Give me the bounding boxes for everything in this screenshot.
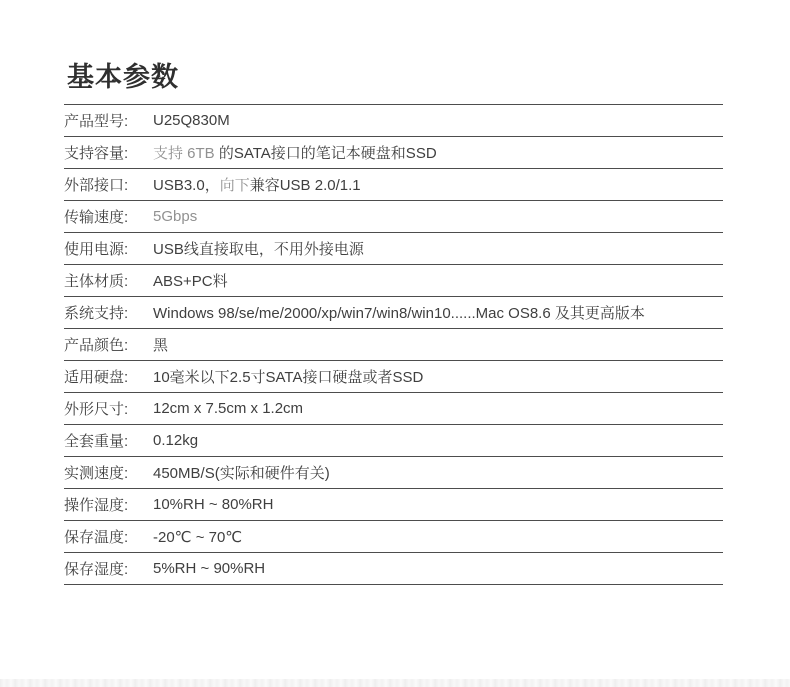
value-segment: 12cm x 7.5cm x 1.2cm <box>153 400 303 417</box>
table-row: 保存湿度:5%RH ~ 90%RH <box>64 553 723 585</box>
row-value: 支持 6TB 的SATA接口的笔记本硬盘和SSD <box>153 142 437 163</box>
product-spec-page: 基本参数 产品型号:U25Q830M支持容量:支持 6TB 的SATA接口的笔记… <box>0 0 790 687</box>
page-title: 基本参数 <box>67 62 179 93</box>
row-value: 10毫米以下2.5寸SATA接口硬盘或者SSD <box>153 366 423 387</box>
table-row: 操作湿度:10%RH ~ 80%RH <box>64 489 723 521</box>
row-label: 产品型号: <box>64 110 153 131</box>
table-row: 保存温度:-20℃ ~ 70℃ <box>64 521 723 553</box>
value-segment: 10%RH ~ 80%RH <box>153 496 273 513</box>
row-label: 操作湿度: <box>64 494 153 515</box>
row-label: 实测速度: <box>64 462 153 483</box>
row-label: 传输速度: <box>64 206 153 227</box>
row-value: -20℃ ~ 70℃ <box>153 528 242 546</box>
value-segment: ABS+PC料 <box>153 273 228 290</box>
row-value: 5%RH ~ 90%RH <box>153 560 265 577</box>
row-label: 系统支持: <box>64 302 153 323</box>
table-row: 全套重量:0.12kg <box>64 425 723 457</box>
value-segment: 5Gbps <box>153 208 197 225</box>
row-label: 外部接口: <box>64 174 153 195</box>
value-segment: Windows 98/se/me/2000/xp/win7/win8/win10… <box>153 305 645 322</box>
row-value: 0.12kg <box>153 432 198 449</box>
row-label: 保存温度: <box>64 526 153 547</box>
table-row: 主体材质:ABS+PC料 <box>64 265 723 297</box>
value-segment: 支持 6TB <box>153 145 219 162</box>
row-value: USB3.0，向下兼容USB 2.0/1.1 <box>153 174 361 195</box>
table-row: 外部接口:USB3.0，向下兼容USB 2.0/1.1 <box>64 169 723 201</box>
row-value: 450MB/S(实际和硬件有关) <box>153 462 330 483</box>
row-value: 黑 <box>153 334 168 355</box>
table-row: 使用电源:USB线直接取电，不用外接电源 <box>64 233 723 265</box>
value-segment: 的SATA接口的笔记本硬盘和SSD <box>219 145 437 162</box>
row-label: 产品颜色: <box>64 334 153 355</box>
value-segment: 黑 <box>153 337 168 354</box>
table-row: 产品型号:U25Q830M <box>64 105 723 137</box>
table-row: 适用硬盘:10毫米以下2.5寸SATA接口硬盘或者SSD <box>64 361 723 393</box>
value-segment: U25Q830M <box>153 112 230 129</box>
row-label: 主体材质: <box>64 270 153 291</box>
row-label: 使用电源: <box>64 238 153 259</box>
value-segment: 5%RH ~ 90%RH <box>153 560 265 577</box>
value-segment: 向下 <box>220 177 250 194</box>
value-segment: USB3.0， <box>153 177 220 194</box>
row-label: 外形尺寸: <box>64 398 153 419</box>
row-value: 5Gbps <box>153 208 197 225</box>
row-value: ABS+PC料 <box>153 270 228 291</box>
table-row: 产品颜色:黑 <box>64 329 723 361</box>
row-value: 10%RH ~ 80%RH <box>153 496 273 513</box>
row-value: U25Q830M <box>153 112 230 129</box>
table-row: 传输速度:5Gbps <box>64 201 723 233</box>
bottom-crop-texture <box>0 679 790 687</box>
row-label: 支持容量: <box>64 142 153 163</box>
table-row: 实测速度:450MB/S(实际和硬件有关) <box>64 457 723 489</box>
value-segment: -20℃ ~ 70℃ <box>153 529 242 546</box>
value-segment: 10毫米以下2.5寸SATA接口硬盘或者SSD <box>153 369 423 386</box>
row-label: 全套重量: <box>64 430 153 451</box>
value-segment: 0.12kg <box>153 432 198 449</box>
table-row: 支持容量:支持 6TB 的SATA接口的笔记本硬盘和SSD <box>64 137 723 169</box>
value-segment: 兼容USB 2.0/1.1 <box>250 177 361 194</box>
spec-table: 产品型号:U25Q830M支持容量:支持 6TB 的SATA接口的笔记本硬盘和S… <box>64 104 723 585</box>
row-label: 适用硬盘: <box>64 366 153 387</box>
table-row: 外形尺寸:12cm x 7.5cm x 1.2cm <box>64 393 723 425</box>
row-label: 保存湿度: <box>64 558 153 579</box>
value-segment: 450MB/S(实际和硬件有关) <box>153 465 330 482</box>
row-value: Windows 98/se/me/2000/xp/win7/win8/win10… <box>153 302 645 323</box>
table-row: 系统支持:Windows 98/se/me/2000/xp/win7/win8/… <box>64 297 723 329</box>
row-value: 12cm x 7.5cm x 1.2cm <box>153 400 303 417</box>
value-segment: USB线直接取电，不用外接电源 <box>153 241 364 258</box>
row-value: USB线直接取电，不用外接电源 <box>153 238 364 259</box>
